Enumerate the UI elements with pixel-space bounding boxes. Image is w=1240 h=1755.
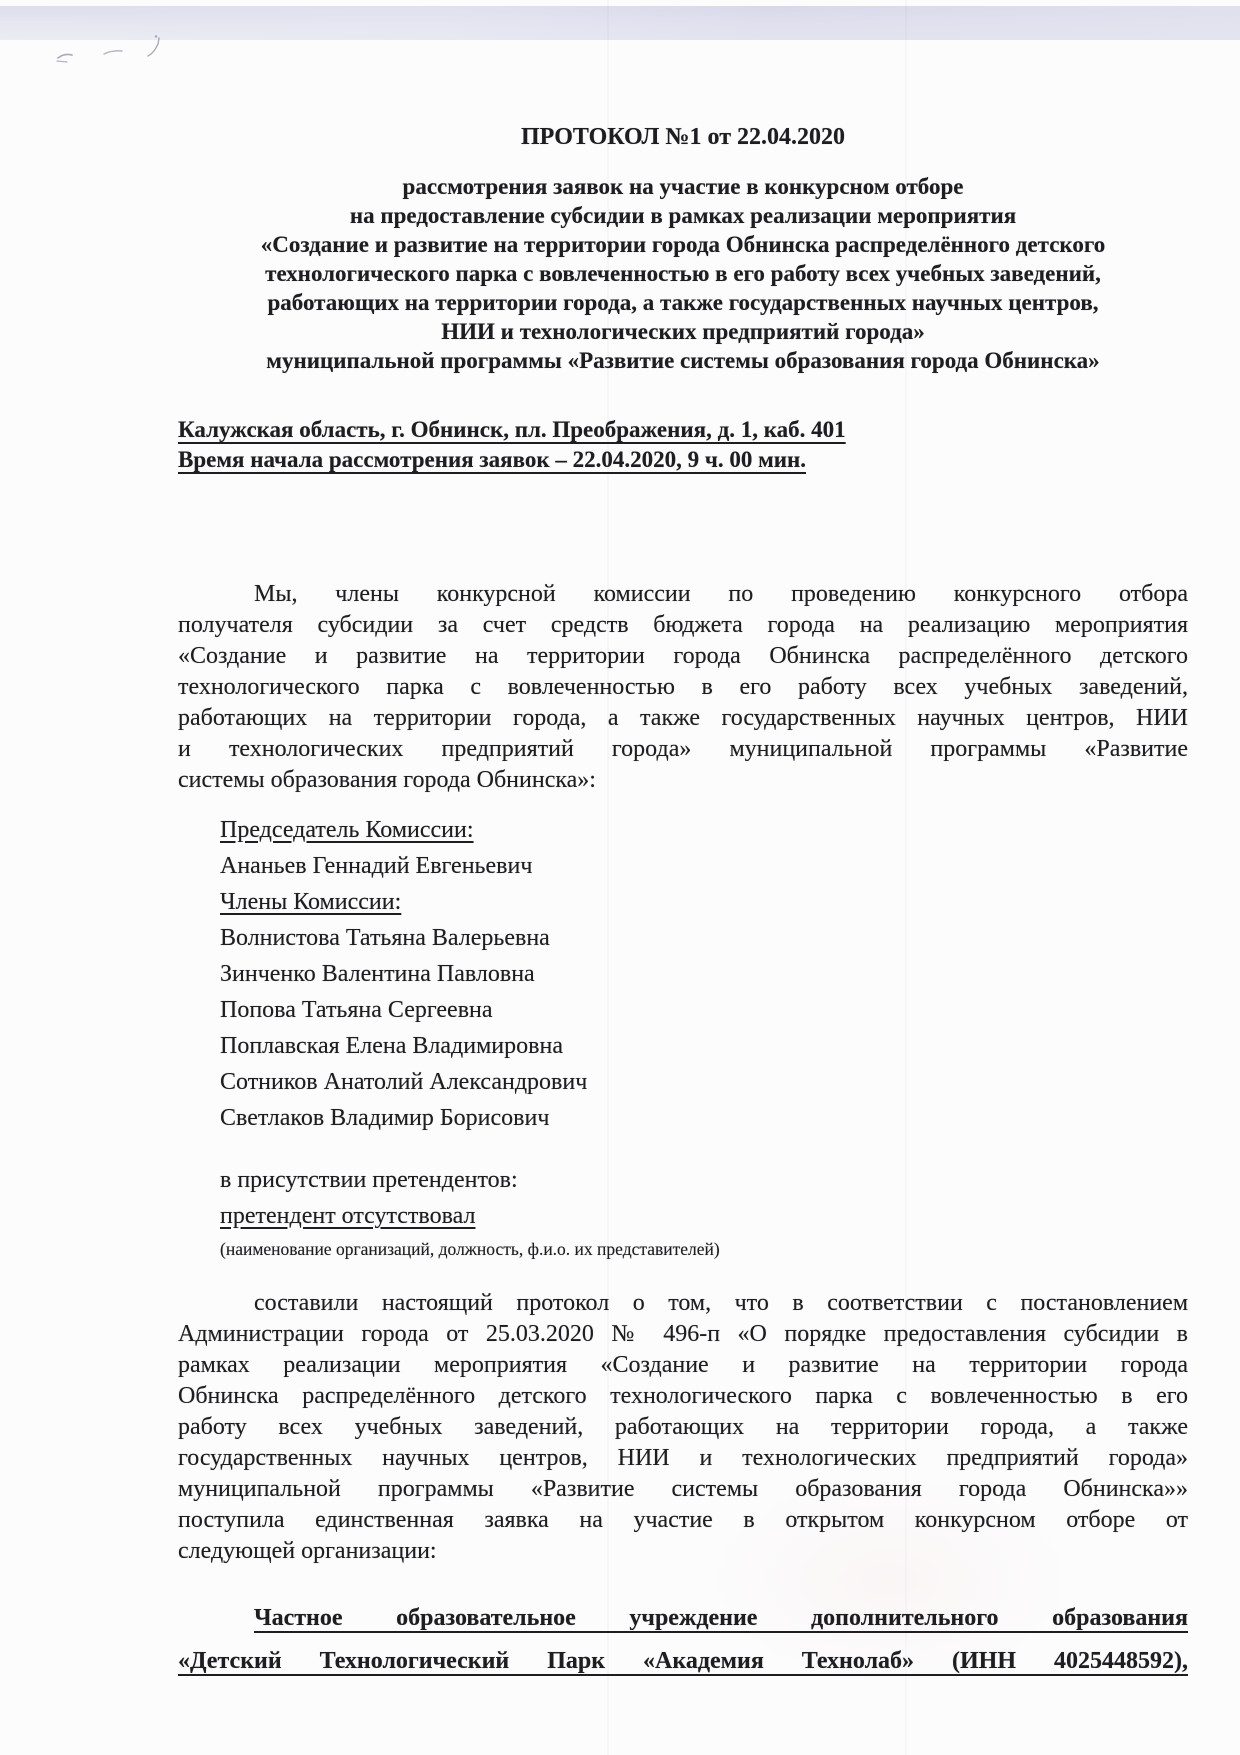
member-name: Поплавская Елена Владимировна <box>220 1028 1188 1064</box>
document-content: ПРОТОКОЛ №1 от 22.04.2020 рассмотрения з… <box>178 0 1188 1683</box>
member-name: Светлаков Владимир Борисович <box>220 1100 1188 1136</box>
applicant-organization: Частное образовательное учреждение допол… <box>178 1597 1188 1683</box>
meeting-location-line: Калужская область, г. Обнинск, пл. Преоб… <box>178 415 1188 445</box>
members-label: Члены Комиссии: <box>220 884 1188 920</box>
subtitle-line: НИИ и технологических предприятий города… <box>178 317 1188 346</box>
subtitle-line: муниципальной программы «Развитие систем… <box>178 346 1188 375</box>
member-name: Зинченко Валентина Павловна <box>220 956 1188 992</box>
paragraph-line: Мы, члены конкурсной комиссии по проведе… <box>178 579 1188 610</box>
subtitle-line: технологического парка с вовлеченностью … <box>178 259 1188 288</box>
organization-line: «Детский Технологический Парк «Академия … <box>178 1640 1188 1683</box>
handwritten-mark <box>52 34 182 74</box>
attendees-present-line: в присутствии претендентов: <box>220 1162 1188 1198</box>
commission-list: Председатель Комиссии: Ананьев Геннадий … <box>178 812 1188 1136</box>
chairman-name: Ананьев Геннадий Евгеньевич <box>220 848 1188 884</box>
paragraph-line: и технологических предприятий города» му… <box>178 734 1188 765</box>
paragraph-line: рамках реализации мероприятия «Создание … <box>178 1350 1188 1381</box>
paragraph-line: Обнинска распределённого детского технол… <box>178 1381 1188 1412</box>
meeting-details: Калужская область, г. Обнинск, пл. Преоб… <box>178 415 1188 475</box>
paragraph-line: работу всех учебных заведений, работающи… <box>178 1412 1188 1443</box>
organization-line: Частное образовательное учреждение допол… <box>178 1597 1188 1640</box>
meeting-time-line: Время начала рассмотрения заявок – 22.04… <box>178 445 1188 475</box>
attendees-block: в присутствии претендентов: претендент о… <box>178 1162 1188 1264</box>
attendees-note-line: (наименование организаций, должность, ф.… <box>220 1234 1188 1264</box>
paragraph-line: государственных научных центров, НИИ и т… <box>178 1443 1188 1474</box>
paragraph-line: муниципальной программы «Развитие систем… <box>178 1474 1188 1505</box>
subtitle-line: «Создание и развитие на территории город… <box>178 230 1188 259</box>
paragraph-line: работающих на территории города, а также… <box>178 703 1188 734</box>
document-subtitle: рассмотрения заявок на участие в конкурс… <box>178 172 1188 375</box>
member-name: Попова Татьяна Сергеевна <box>220 992 1188 1028</box>
chairman-label: Председатель Комиссии: <box>220 812 1188 848</box>
body-paragraph-2: составили настоящий протокол о том, что … <box>178 1288 1188 1567</box>
subtitle-line: на предоставление субсидии в рамках реал… <box>178 201 1188 230</box>
document-title: ПРОТОКОЛ №1 от 22.04.2020 <box>178 0 1188 152</box>
member-name: Сотников Анатолий Александрович <box>220 1064 1188 1100</box>
attendees-status-line: претендент отсутствовал <box>220 1198 1188 1234</box>
member-name: Волнистова Татьяна Валерьевна <box>220 920 1188 956</box>
subtitle-line: рассмотрения заявок на участие в конкурс… <box>178 172 1188 201</box>
paragraph-line: поступила единственная заявка на участие… <box>178 1505 1188 1536</box>
paragraph-line: Администрации города от 25.03.2020 № 496… <box>178 1319 1188 1350</box>
scanned-protocol-page: ПРОТОКОЛ №1 от 22.04.2020 рассмотрения з… <box>0 0 1240 1755</box>
paragraph-line: системы образования города Обнинска»: <box>178 765 1188 796</box>
paragraph-line: «Создание и развитие на территории город… <box>178 641 1188 672</box>
body-paragraph-1: Мы, члены конкурсной комиссии по проведе… <box>178 579 1188 796</box>
paragraph-line: технологического парка с вовлеченностью … <box>178 672 1188 703</box>
paragraph-line: составили настоящий протокол о том, что … <box>178 1288 1188 1319</box>
paragraph-line: следующей организации: <box>178 1536 1188 1567</box>
paragraph-line: получателя субсидии за счет средств бюдж… <box>178 610 1188 641</box>
subtitle-line: работающих на территории города, а также… <box>178 288 1188 317</box>
